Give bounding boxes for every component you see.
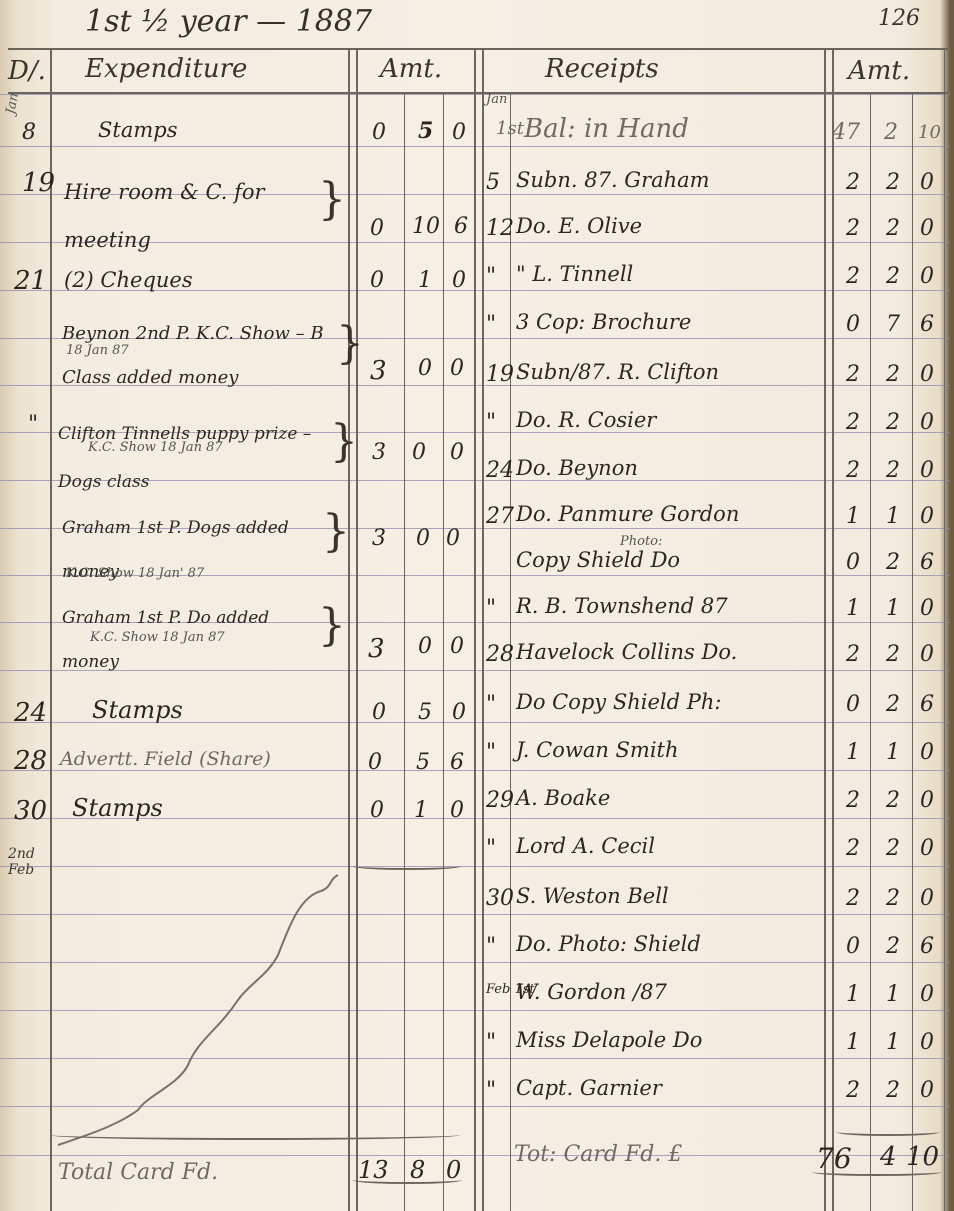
amount-pence: 0 <box>920 982 934 1007</box>
amount-shillings: 2 <box>884 120 898 145</box>
row-description: Stamps <box>92 696 183 724</box>
amount-pounds: 0 <box>846 550 860 575</box>
row-description: Subn. 87. Graham <box>516 168 710 192</box>
row-description: Clifton Tinnells puppy prize – Dogs clas… <box>58 410 328 506</box>
amount-pounds: 1 <box>846 740 860 765</box>
amount-pounds: 2 <box>846 170 860 195</box>
row-description: R. B. Townshend 87 <box>516 594 728 618</box>
row-description: Stamps <box>98 118 177 142</box>
amount-pence: 6 <box>454 214 468 239</box>
amount-shillings: 2 <box>886 216 900 241</box>
amount-pounds: 0 <box>372 120 386 145</box>
row-date: " <box>486 1030 496 1055</box>
amount-pence: 0 <box>920 886 934 911</box>
receipts-total-underline <box>812 1168 942 1176</box>
amount-pounds: 2 <box>846 216 860 241</box>
row-note: 18 Jan 87 <box>66 343 129 358</box>
row-description: S. Weston Bell <box>516 884 669 908</box>
amount-pounds: 2 <box>846 264 860 289</box>
amount-pence: 0 <box>920 458 934 483</box>
amount-pence: 0 <box>920 836 934 861</box>
amount-shillings: 1 <box>886 1030 900 1055</box>
row-date: " <box>486 836 496 861</box>
amount-shillings: 2 <box>886 692 900 717</box>
amount-pounds: 2 <box>846 1078 860 1103</box>
row-date: " <box>486 596 496 621</box>
total-underline <box>352 1176 462 1184</box>
amount-shillings: 2 <box>886 170 900 195</box>
row-description: Do. Photo: Shield <box>516 932 701 956</box>
row-description: Lord A. Cecil <box>516 834 655 858</box>
row-description: Advertt. Field (Share) <box>60 748 271 770</box>
row-date: 24 <box>486 458 514 483</box>
row-description: Do Copy Shield Ph: <box>516 690 721 714</box>
amount-pence: 0 <box>920 264 934 289</box>
row-date: 24 <box>14 698 47 728</box>
row-description: J. Cowan Smith <box>516 738 679 762</box>
row-date: 28 <box>14 746 47 776</box>
amount-shillings: 2 <box>886 410 900 435</box>
row-description: Do. E. Olive <box>516 214 642 238</box>
row-date: 12 <box>486 216 514 241</box>
amount-pounds: 3 <box>372 440 386 465</box>
row-description: Capt. Garnier <box>516 1076 662 1100</box>
amount-shillings: 2 <box>886 788 900 813</box>
amount-pounds: 2 <box>846 410 860 435</box>
amount-shillings: 1 <box>418 268 432 293</box>
row-date: 2nd Feb <box>8 846 44 878</box>
amount-pence: 0 <box>450 634 464 659</box>
row-description: Subn/87. R. Clifton <box>516 360 719 384</box>
brace-icon: } <box>336 322 364 366</box>
amount-pounds: 0 <box>372 700 386 725</box>
amount-pounds: 1 <box>846 982 860 1007</box>
amount-pence: 0 <box>452 268 466 293</box>
amount-pence: 6 <box>450 750 464 775</box>
amount-shillings: 2 <box>886 264 900 289</box>
brace-icon: } <box>322 510 350 554</box>
amount-pence: 0 <box>920 1078 934 1103</box>
amount-shillings: 2 <box>886 458 900 483</box>
amount-pence: 0 <box>920 216 934 241</box>
amount-shillings: 2 <box>886 642 900 667</box>
expenditure-header: Expenditure <box>85 54 247 84</box>
amount-shillings: 5 <box>416 750 430 775</box>
amount-pounds: 0 <box>368 750 382 775</box>
amount-shillings: 1 <box>886 504 900 529</box>
row-description: Miss Delapole Do <box>516 1028 702 1052</box>
page-number: 126 <box>878 6 920 31</box>
amount-pounds: 2 <box>846 788 860 813</box>
amount-shillings: 0 <box>418 634 432 659</box>
row-date: 19 <box>486 362 514 387</box>
amount-pence: 0 <box>446 526 460 551</box>
expenditure-amount-header: Amt. <box>380 54 442 84</box>
row-date: 5 <box>486 170 500 195</box>
amount-shillings: 2 <box>886 886 900 911</box>
row-description: Do. Beynon <box>516 456 638 480</box>
row-date: 29 <box>486 788 514 813</box>
amount-pounds: 2 <box>846 836 860 861</box>
amount-pence: 0 <box>920 362 934 387</box>
expenditure-month: Jan <box>3 92 21 116</box>
row-date: " <box>486 934 496 959</box>
row-description: Copy Shield Do <box>516 548 680 572</box>
row-description: A. Boake <box>516 786 610 810</box>
amount-pence: 0 <box>450 798 464 823</box>
receipts-month: Jan <box>486 92 507 107</box>
amount-pounds: 2 <box>846 886 860 911</box>
row-note: K.C. Show 18 Jan 87 <box>90 630 225 645</box>
row-date: 19 <box>22 168 55 198</box>
row-description: Hire room & C. for meeting <box>64 168 324 264</box>
row-date: 28 <box>486 642 514 667</box>
amount-pounds: 2 <box>846 458 860 483</box>
amount-shillings: 2 <box>886 362 900 387</box>
amount-pence: 6 <box>920 934 934 959</box>
amount-shillings: 1 <box>886 596 900 621</box>
row-description: Bal: in Hand <box>524 114 689 144</box>
amount-pounds: 1 <box>846 596 860 621</box>
row-description: Havelock Collins Do. <box>516 640 737 664</box>
amount-shillings: 7 <box>886 312 900 337</box>
amount-pence: 0 <box>920 596 934 621</box>
amount-pence: 0 <box>450 440 464 465</box>
amount-pounds: 3 <box>370 356 387 386</box>
row-date: 8 <box>22 120 36 145</box>
amount-pounds: 1 <box>846 504 860 529</box>
amount-pounds: 0 <box>370 798 384 823</box>
diagonal-cancel-line <box>48 870 348 1150</box>
row-description: " L. Tinnell <box>516 262 633 286</box>
receipts-total-label: Tot: Card Fd. £ <box>514 1142 682 1167</box>
expenditure-total-label: Total Card Fd. <box>58 1160 218 1185</box>
amount-pence: 6 <box>920 692 934 717</box>
amount-pence: 0 <box>452 700 466 725</box>
closing-flourish <box>352 862 462 870</box>
amount-pounds: 0 <box>370 268 384 293</box>
amount-pence: 0 <box>920 788 934 813</box>
amount-pence: 0 <box>920 170 934 195</box>
row-note: Photo: <box>620 534 662 549</box>
amount-pounds: 2 <box>846 642 860 667</box>
amount-shillings: 0 <box>412 440 426 465</box>
row-date: " <box>28 412 38 437</box>
row-date: " <box>486 1078 496 1103</box>
amount-pence: 0 <box>920 1030 934 1055</box>
row-description: W. Gordon /87 <box>516 980 667 1004</box>
total-flourish <box>50 1130 460 1140</box>
amount-pence: 10 <box>918 122 941 143</box>
amount-pounds: 0 <box>846 692 860 717</box>
amount-pence: 0 <box>920 504 934 529</box>
row-date: " <box>486 264 496 289</box>
amount-pence: 0 <box>450 356 464 381</box>
amount-shillings: 5 <box>418 118 433 144</box>
amount-pounds: 1 <box>846 1030 860 1055</box>
amount-shillings: 2 <box>886 934 900 959</box>
row-date: 1st <box>496 118 524 139</box>
row-date: " <box>486 312 496 337</box>
brace-icon: } <box>318 604 346 648</box>
amount-shillings: 2 <box>886 836 900 861</box>
amount-pence: 6 <box>920 550 934 575</box>
amount-pence: 0 <box>452 120 466 145</box>
amount-shillings: 1 <box>886 982 900 1007</box>
amount-pounds: 0 <box>846 934 860 959</box>
row-description: (2) Cheques <box>64 268 193 292</box>
amount-pounds: 3 <box>368 634 385 664</box>
row-date: " <box>486 692 496 717</box>
amount-shillings: 10 <box>412 214 440 239</box>
row-description: Do. R. Cosier <box>516 408 656 432</box>
brace-icon: } <box>330 420 358 464</box>
amount-pence: 0 <box>920 410 934 435</box>
receipts-header: Receipts <box>545 54 659 84</box>
row-description: Stamps <box>72 794 163 822</box>
amount-pounds: 2 <box>846 362 860 387</box>
amount-shillings: 2 <box>886 1078 900 1103</box>
amount-pounds: 0 <box>370 216 384 241</box>
row-description: Do. Panmure Gordon <box>516 502 739 526</box>
amount-pence: 6 <box>920 312 934 337</box>
brace-icon: } <box>318 178 346 222</box>
row-note: K.C. Show 18 Jan 87 <box>88 440 223 455</box>
amount-shillings: 1 <box>886 740 900 765</box>
amount-shillings: 0 <box>418 356 432 381</box>
row-date: 21 <box>14 266 47 296</box>
row-date: 30 <box>14 796 47 826</box>
ledger-page: 1st ½ year — 1887 126 D/. Expenditure Am… <box>0 0 954 1211</box>
amount-pounds: 3 <box>372 526 386 551</box>
row-date: " <box>486 740 496 765</box>
receipts-amount-header: Amt. <box>848 56 910 86</box>
row-date: 27 <box>486 504 514 529</box>
receipts-total-flourish <box>836 1128 940 1136</box>
row-date: 30 <box>486 886 514 911</box>
amount-pence: 0 <box>920 740 934 765</box>
row-date: " <box>486 410 496 435</box>
row-description: 3 Cop: Brochure <box>516 310 691 334</box>
amount-pence: 0 <box>920 642 934 667</box>
receipts-total-pence: 10 <box>906 1142 939 1172</box>
amount-pounds: 47 <box>832 120 860 145</box>
row-note: K.C. Show 18 Jan' 87 <box>66 566 204 581</box>
amount-shillings: 2 <box>886 550 900 575</box>
amount-shillings: 1 <box>414 798 428 823</box>
expenditure-date-header: D/. <box>8 56 46 86</box>
page-title: 1st ½ year — 1887 <box>85 4 372 39</box>
amount-pounds: 0 <box>846 312 860 337</box>
amount-shillings: 0 <box>416 526 430 551</box>
amount-shillings: 5 <box>418 700 432 725</box>
